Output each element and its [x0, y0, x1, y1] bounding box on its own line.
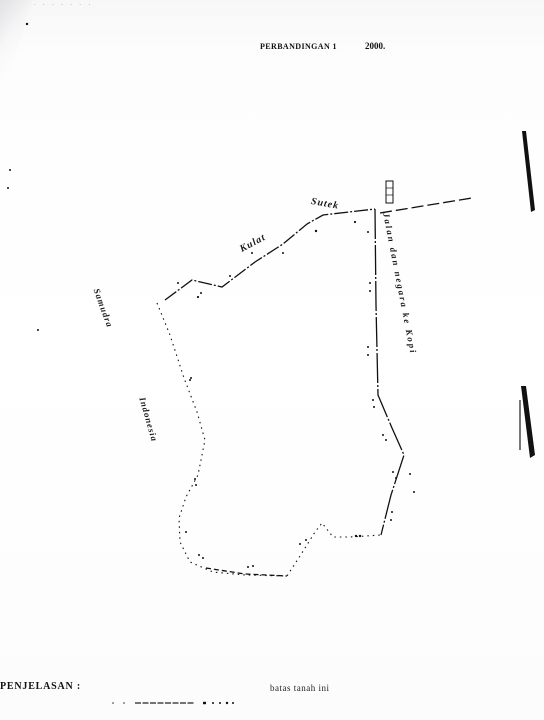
road-east	[380, 198, 472, 213]
legend-title: PENJELASAN :	[0, 681, 81, 692]
legend-symbol-boundary	[110, 700, 235, 706]
survey-marks	[7, 23, 415, 568]
legend-description: batas tanah ini	[270, 683, 329, 693]
boundary-west	[157, 303, 381, 576]
boundary-north	[165, 209, 375, 300]
road-marker-box	[386, 181, 393, 203]
land-boundary-map	[0, 0, 544, 720]
scanned-map-page: · · · · · · · PERBANDINGAN 1 2000.	[0, 0, 544, 720]
right-margin-marks	[519, 131, 535, 458]
